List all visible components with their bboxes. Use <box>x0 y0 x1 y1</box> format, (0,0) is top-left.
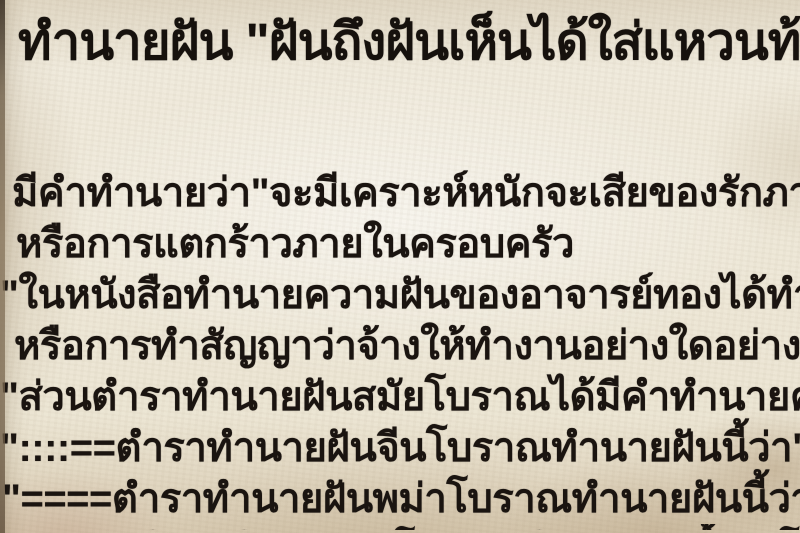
body-line: "::::==ตำราทำนายฝันจีนโบราณทำนายฝันนี้ว่… <box>0 422 800 473</box>
body-line: หรือการทำสัญญาว่าจ้างให้ทำงานอย่างใดอย่า… <box>0 320 800 371</box>
paper-page: ทำนายฝัน "ฝันถึงฝันเห็นได้ใส่แหวนท้าวเว … <box>0 0 800 533</box>
body-line: "ในหนังสือทำนายความฝันของอาจารย์ทองได้ทำ… <box>0 269 800 320</box>
page-title: ทำนายฝัน "ฝันถึงฝันเห็นได้ใส่แหวนท้าวเว <box>18 10 800 74</box>
left-edge-shadow <box>0 0 5 533</box>
body-line: "ส่วนตำราทำนายฝันสมัยโบราณได้มีคำทำนายคว… <box>0 371 800 422</box>
body-line: มีคำทำนายว่า"จะมีเคราะห์หนักจะเสียของรัก… <box>0 167 800 218</box>
body-line: หรือการแตกร้าวภายในครอบครัว <box>0 218 800 269</box>
body-line: "====ตำราทำนายฝันพม่าโบราณทำนายฝันนี้ว่า… <box>0 473 800 524</box>
body-text-block: มีคำทำนายว่า"จะมีเคราะห์หนักจะเสียของรัก… <box>0 167 800 530</box>
body-line-partial: "=====ตำราทำนายฝันโบราณทำนายฝันนี้ว่า"โช… <box>0 524 800 530</box>
